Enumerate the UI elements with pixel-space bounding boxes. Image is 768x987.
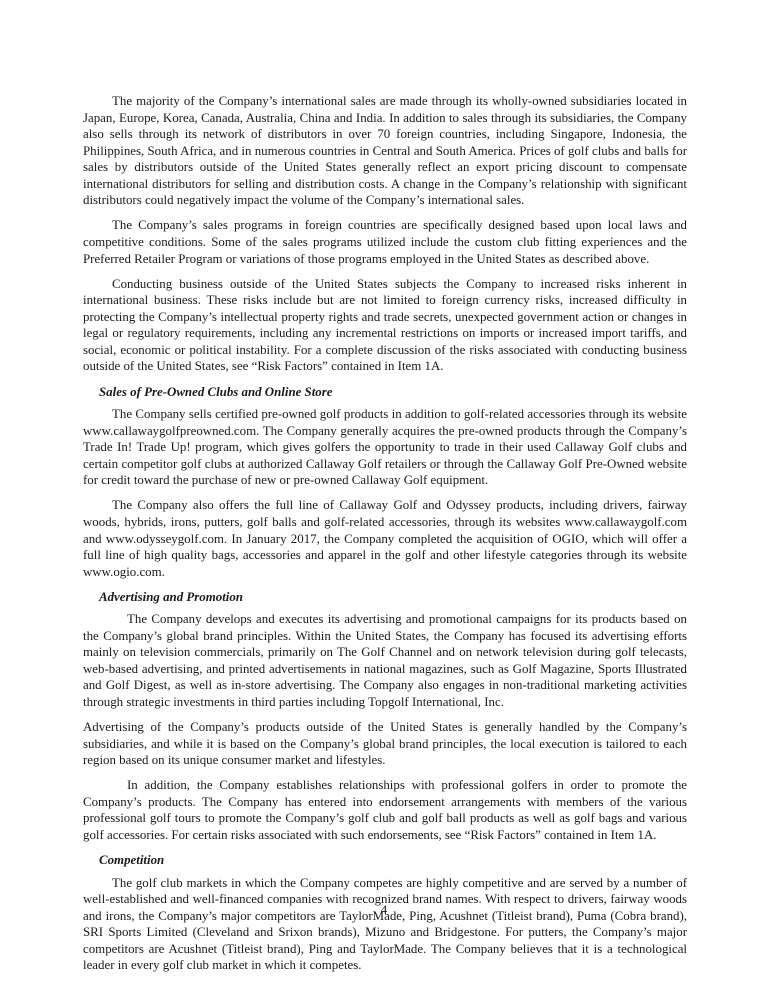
paragraph-international-risks: Conducting business outside of the Unite… [83, 276, 687, 375]
paragraph-online-store: The Company also offers the full line of… [83, 497, 687, 580]
paragraph-endorsements: In addition, the Company establishes rel… [83, 777, 687, 843]
paragraph-international-sales: The majority of the Company’s internatio… [83, 93, 687, 209]
document-page: The majority of the Company’s internatio… [83, 93, 687, 983]
section-heading-competition: Competition [99, 852, 687, 869]
paragraph-foreign-sales-programs: The Company’s sales programs in foreign … [83, 217, 687, 267]
section-heading-advertising: Advertising and Promotion [99, 589, 687, 606]
paragraph-advertising-campaigns: The Company develops and executes its ad… [83, 611, 687, 710]
page-number: 4 [0, 903, 768, 918]
paragraph-pre-owned-products: The Company sells certified pre-owned go… [83, 406, 687, 489]
section-heading-pre-owned: Sales of Pre-Owned Clubs and Online Stor… [99, 384, 687, 401]
paragraph-competition: The golf club markets in which the Compa… [83, 875, 687, 974]
paragraph-advertising-outside-us: Advertising of the Company’s products ou… [83, 719, 687, 769]
